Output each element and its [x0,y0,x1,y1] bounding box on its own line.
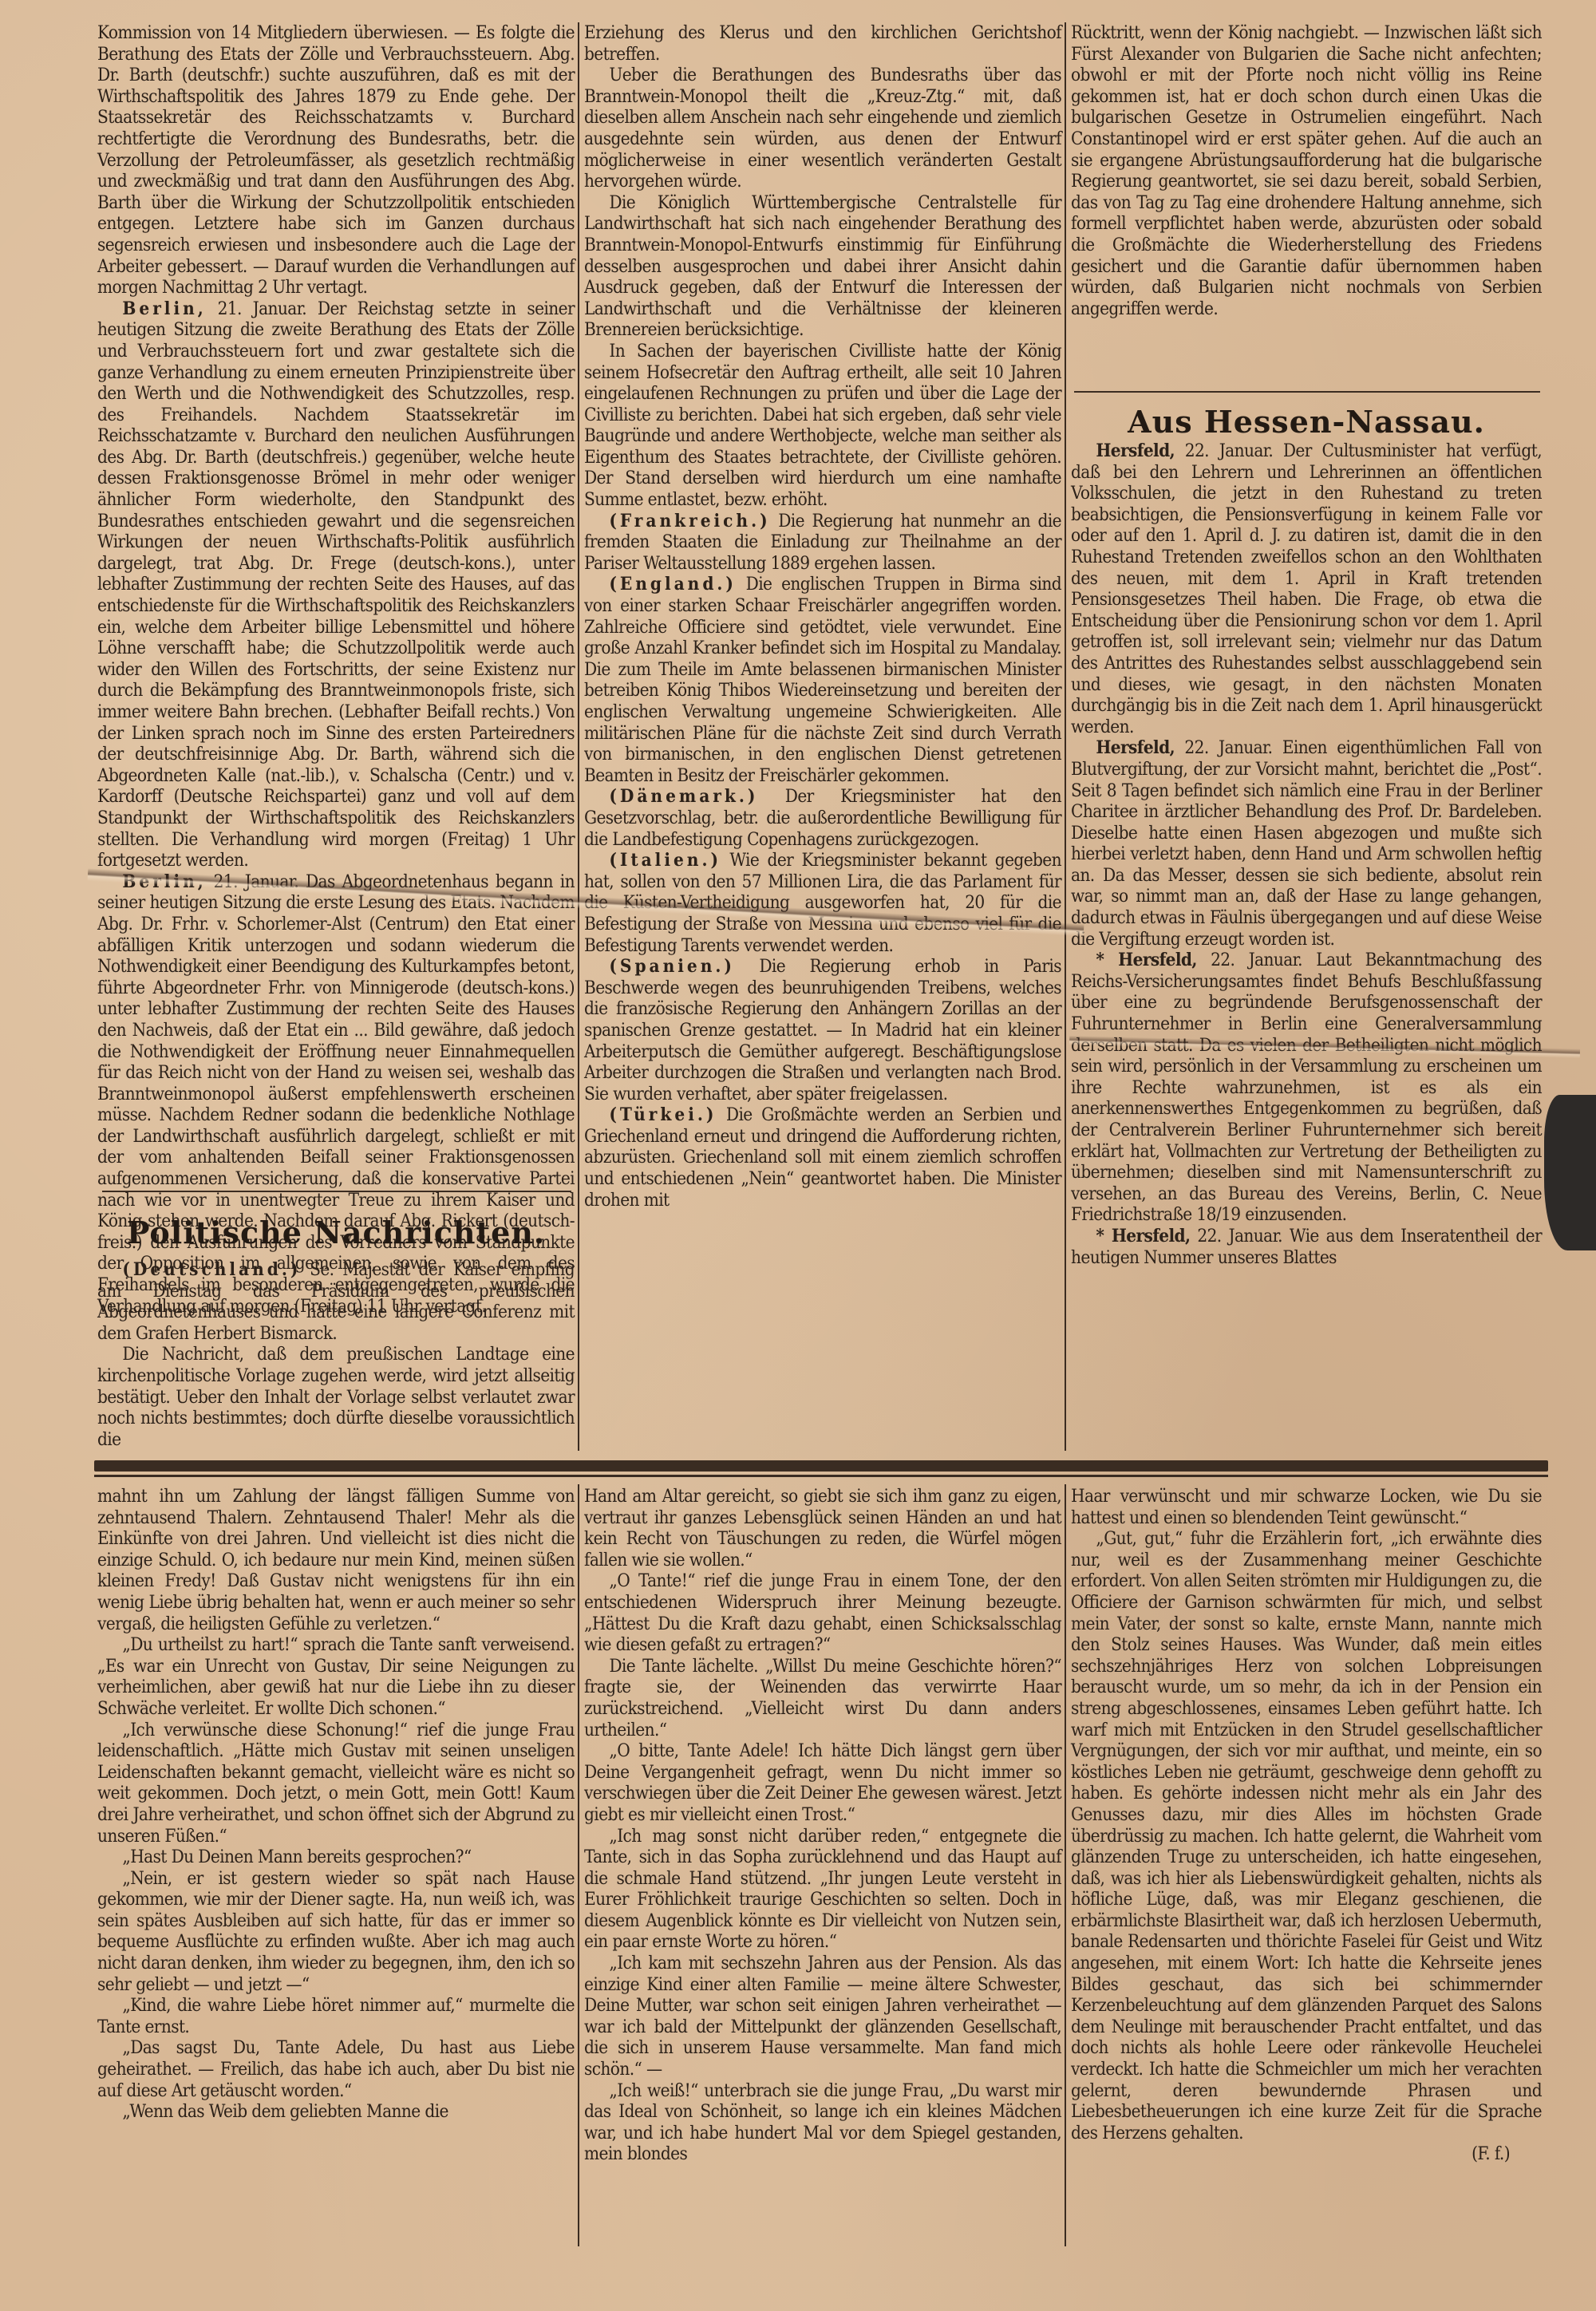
feuilleton-rule-thin [94,1475,1548,1477]
section-title-aus-hessen-nassau: Aus Hessen-Nassau. [1071,404,1542,440]
dateline: Berlin, [122,298,206,319]
news-column-1-politics: (Deutschland.) Se. Majestät der Kaiser e… [97,1259,575,1450]
dateline: Hersfeld, [1096,440,1175,461]
story-paragraph: Die Tante lächelte. „Willst Du meine Ges… [584,1656,1061,1740]
section-title-politische-nachrichten: Politische Nachrichten. [97,1215,575,1250]
story-paragraph: „Nein, er ist gestern wieder so spät nac… [97,1868,575,1996]
feuilleton-column-2: Hand am Altar gereicht, so giebt sie sic… [584,1486,1061,2165]
country-label: (Italien.) [609,850,721,871]
column-rule [1065,1484,1066,2246]
story-paragraph: „Ich mag sonst nicht darüber reden,“ ent… [584,1826,1061,1953]
section-divider [1074,391,1540,393]
article-bundesrath: Ueber die Berathungen des Bundesraths üb… [584,65,1061,192]
article-reichstag-continued: Kommission von 14 Mitgliedern überwiesen… [97,22,575,298]
news-column-3: Rücktritt, wenn der König nachgiebt. — I… [1071,22,1542,319]
country-label: (Dänemark.) [609,786,758,807]
story-paragraph: „Wenn das Weib dem geliebten Manne die [97,2101,575,2123]
story-paragraph: Hand am Altar gereicht, so giebt sie sic… [584,1486,1061,1570]
column-rule [1065,22,1066,1451]
story-paragraph: „Ich weiß!“ unterbrach sie die junge Fra… [584,2080,1061,2165]
article-frankreich: (Frankreich.) Die Regierung hat nunmehr … [584,511,1061,575]
news-column-1: Kommission von 14 Mitgliedern überwiesen… [97,22,575,1317]
article-hersfeld-inserat: * Hersfeld, 22. Januar. Wie aus dem Inse… [1071,1226,1542,1268]
column-rule [578,22,579,1451]
news-column-2: Erziehung des Klerus und den kirchlichen… [584,22,1061,1211]
article-civilliste: In Sachen der bayerischen Civilliste hat… [584,341,1061,511]
dateline: Hersfeld, [1096,737,1175,758]
article-england: (England.) Die englischen Truppen in Bir… [584,574,1061,786]
dateline: * Hersfeld, [1096,950,1196,970]
country-label: (Türkei.) [609,1104,717,1125]
article-hersfeld-blutvergiftung: Hersfeld, 22. Januar. Einen eigenthümlic… [1071,737,1542,950]
article-spanien: (Spanien.) Die Regierung erhob in Paris … [584,956,1061,1104]
country-label: (Spanien.) [609,956,735,977]
continuation-mark: (F. f.) [1071,2143,1542,2165]
news-column-3-hessen: Hersfeld, 22. Januar. Der Cultusminister… [1071,440,1542,1268]
dateline: * Hersfeld, [1096,1226,1190,1246]
article-tuerkei: (Türkei.) Die Großmächte werden an Serbi… [584,1104,1061,1211]
article-hersfeld-berufsgenossenschaft: * Hersfeld, 22. Januar. Laut Bekanntmach… [1071,950,1542,1226]
column-rule [578,1484,579,2246]
story-paragraph: „Das sagst Du, Tante Adele, Du hast aus … [97,2037,575,2101]
article-kirchenpolitik: Die Nachricht, daß dem preußischen Landt… [97,1344,575,1450]
newspaper-page: Kommission von 14 Mitgliedern überwiesen… [0,0,1596,2311]
article-berlin-reichstag: Berlin, 21. Januar. Der Reichstag setzte… [97,298,575,871]
country-label: (Deutschland.) [122,1259,301,1280]
story-paragraph: „Hast Du Deinen Mann bereits gesprochen?… [97,1847,575,1868]
story-paragraph: „Ich kam mit sechszehn Jahren aus der Pe… [584,1953,1061,2080]
story-paragraph: „O bitte, Tante Adele! Ich hätte Dich lä… [584,1740,1061,1825]
article-daenemark: (Dänemark.) Der Kriegsminister hat den G… [584,786,1061,850]
story-paragraph: „O Tante!“ rief die junge Frau in einem … [584,1570,1061,1655]
country-label: (England.) [609,574,737,595]
article-klerus-continued: Erziehung des Klerus und den kirchlichen… [584,22,1061,65]
article-hersfeld-pension: Hersfeld, 22. Januar. Der Cultusminister… [1071,440,1542,737]
feuilleton-column-1: mahnt ihn um Zahlung der längst fälligen… [97,1486,575,2123]
paper-hole [1544,1095,1596,1250]
story-paragraph: „Kind, die wahre Liebe höret nimmer auf,… [97,1995,575,2037]
story-paragraph: mahnt ihn um Zahlung der längst fälligen… [97,1486,575,1634]
story-paragraph: „Gut, gut,“ fuhr die Erzählerin fort, „i… [1071,1528,1542,2143]
feuilleton-rule [94,1460,1548,1472]
article-deutschland: (Deutschland.) Se. Majestät der Kaiser e… [97,1259,575,1344]
feuilleton-column-3: Haar verwünscht und mir schwarze Locken,… [1071,1486,1542,2165]
story-paragraph: „Ich verwünsche diese Schonung!“ rief di… [97,1720,575,1847]
story-paragraph: Haar verwünscht und mir schwarze Locken,… [1071,1486,1542,1528]
section-divider [102,1191,571,1192]
story-paragraph: „Du urtheilst zu hart!“ sprach die Tante… [97,1634,575,1719]
article-bulgarien-continued: Rücktritt, wenn der König nachgiebt. — I… [1071,22,1542,319]
article-wuerttemberg: Die Königlich Württembergische Centralst… [584,192,1061,341]
country-label: (Frankreich.) [609,511,770,531]
